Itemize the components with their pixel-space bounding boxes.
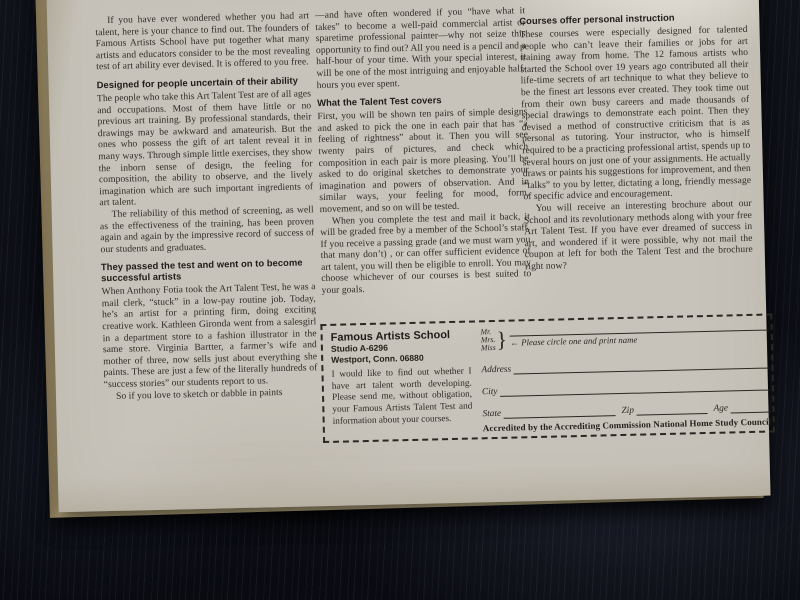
coupon-address-block: Famous Artists School Studio A-6296 West… bbox=[331, 328, 483, 436]
zip-write-line bbox=[636, 412, 708, 416]
city-field-row: City bbox=[482, 380, 771, 397]
coupon-request-text: I would like to find out whether I have … bbox=[331, 367, 472, 428]
body-paragraph: When you complete the test and mail it b… bbox=[320, 211, 532, 297]
body-paragraph: You will receive an interesting brochure… bbox=[524, 198, 754, 273]
state-label: State bbox=[482, 408, 501, 418]
mail-coupon: Famous Artists School Studio A-6296 West… bbox=[320, 313, 775, 443]
body-paragraph: When Anthony Fotia took the Art Talent T… bbox=[101, 281, 317, 390]
body-paragraph: If you have ever wondered whether you ha… bbox=[95, 10, 310, 73]
title-options: Mr. Mrs. Miss bbox=[481, 328, 496, 353]
state-write-line bbox=[503, 414, 616, 419]
body-paragraph: The people who take this Art Talent Test… bbox=[97, 88, 314, 209]
address-label: Address bbox=[481, 364, 511, 375]
text-column-right: Courses offer personal instructionThese … bbox=[519, 4, 753, 273]
body-paragraph: —and have often wondered if you “have wh… bbox=[315, 5, 527, 91]
age-write-line bbox=[730, 410, 771, 413]
photo-background: If you have ever wondered whether you ha… bbox=[0, 0, 800, 600]
left-arrow-icon: ← bbox=[510, 337, 519, 347]
body-paragraph: First, you will be shown ten pairs of si… bbox=[317, 106, 529, 215]
accreditation-text: Accredited by the Accrediting Commission… bbox=[483, 416, 772, 433]
city-write-line bbox=[500, 388, 771, 396]
name-field-row: Mr. Mrs. Miss } ← Please circle one and … bbox=[481, 322, 770, 353]
section-heading: What the Talent Test covers bbox=[317, 92, 527, 108]
zip-label: Zip bbox=[621, 405, 634, 415]
section-heading: They passed the test and went on to beco… bbox=[101, 256, 315, 283]
age-label: Age bbox=[713, 403, 728, 413]
city-label: City bbox=[482, 387, 498, 397]
magazine-page: If you have ever wondered whether you ha… bbox=[45, 0, 770, 512]
name-line: ← Please circle one and print name bbox=[510, 326, 769, 347]
coupon-form: Mr. Mrs. Miss } ← Please circle one and … bbox=[481, 322, 772, 433]
body-paragraph: These courses were especially designed f… bbox=[519, 24, 751, 203]
section-heading: Designed for people uncertain of their a… bbox=[97, 74, 311, 90]
address-field-row: Address bbox=[481, 358, 770, 375]
brace-icon: } bbox=[496, 329, 507, 351]
text-column-middle: —and have often wondered if you “have wh… bbox=[315, 5, 532, 297]
title-miss: Miss bbox=[481, 344, 496, 353]
circle-instruction-text: Please circle one and print name bbox=[521, 334, 637, 347]
body-paragraph: The reliability of this method of screen… bbox=[100, 204, 315, 255]
address-write-line bbox=[513, 366, 770, 374]
text-column-left: If you have ever wondered whether you ha… bbox=[95, 10, 318, 402]
